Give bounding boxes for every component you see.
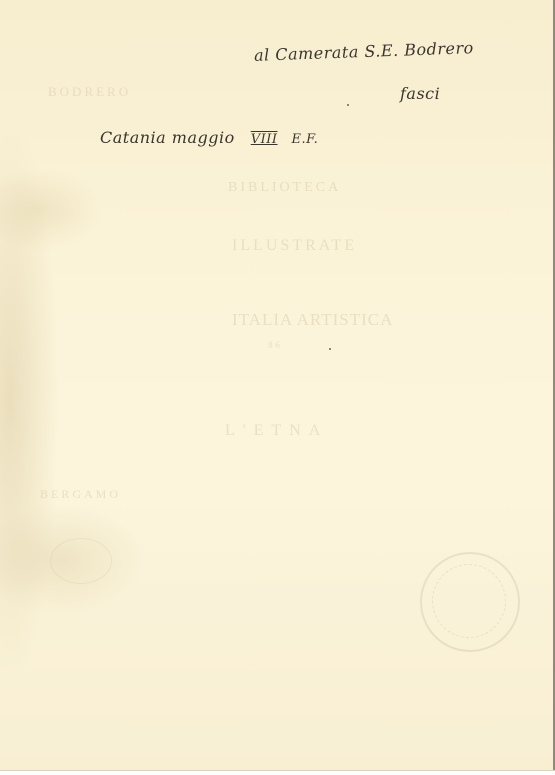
page-edge-bottom <box>0 770 555 775</box>
show-through-series-line: ILLUSTRATE <box>232 237 357 255</box>
scanned-page: BODRERO BIBLIOTECA ILLUSTRATE ITALIA ART… <box>0 0 553 771</box>
dedication-line-1: al Camerata S.E. Bodrero <box>254 38 474 65</box>
ink-speck <box>347 104 349 106</box>
place-date: Catania maggio <box>100 128 235 147</box>
show-through-series-title: ITALIA ARTISTICA <box>232 310 393 330</box>
era-abbrev: E.F. <box>292 132 319 147</box>
show-through-author: BODRERO <box>48 84 131 100</box>
show-through-volume-title: L'ETNA <box>225 422 328 440</box>
show-through-upper-line: BIBLIOTECA <box>228 180 341 196</box>
dedication-line-2: fasci <box>400 84 440 103</box>
faint-emblem-left <box>50 538 112 584</box>
place-date-line: Catania maggio VIII E.F. <box>100 128 318 148</box>
show-through-publisher: BERGAMO <box>40 487 121 502</box>
show-through-series-number: 86 <box>268 340 283 350</box>
year-roman: VIII <box>251 132 278 147</box>
library-stamp <box>420 552 520 652</box>
ink-speck <box>329 348 331 350</box>
